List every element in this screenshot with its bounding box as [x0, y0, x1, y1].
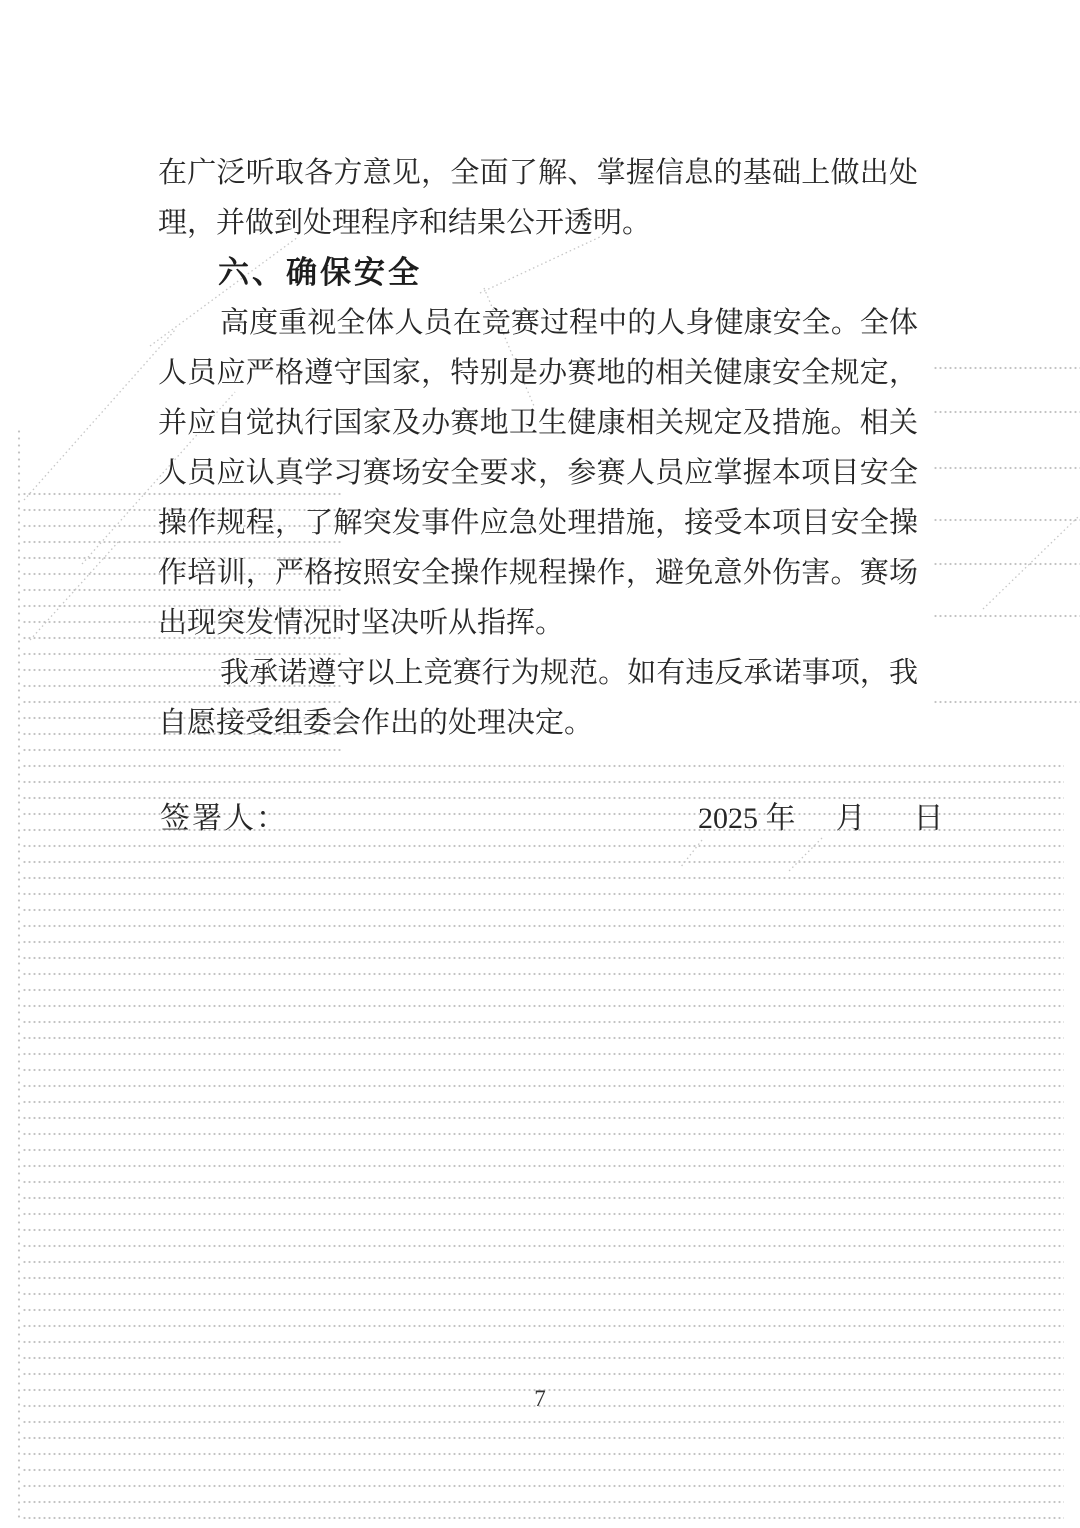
document-page: 在广泛听取各方意见，全面了解、掌握信息的基础上做出处理，并做到处理程序和结果公开… [0, 0, 1080, 1528]
scan-ruling-stub [933, 466, 1080, 470]
scan-ruling-vertical [17, 428, 21, 1520]
scan-ruling-stub [933, 410, 1080, 414]
date-month: 月 [836, 798, 866, 840]
signature-date: 2025 年 月 日 [698, 798, 944, 840]
page-number: 7 [0, 1386, 1080, 1412]
signer-label: 签署人： [160, 798, 288, 840]
date-day: 日 [914, 798, 944, 840]
signature-row: 签署人： 2025 年 月 日 [0, 798, 1080, 848]
paragraph-conclusion: 在广泛听取各方意见，全面了解、掌握信息的基础上做出处理，并做到处理程序和结果公开… [158, 148, 918, 248]
document-body: 在广泛听取各方意见，全面了解、掌握信息的基础上做出处理，并做到处理程序和结果公开… [158, 148, 918, 748]
date-year: 2025 年 [698, 798, 796, 840]
scan-ruling-stub [933, 614, 1080, 618]
scan-ruling-stub [933, 700, 1080, 704]
scan-ruling-stub [933, 518, 1080, 522]
paragraph-safety: 高度重视全体人员在竞赛过程中的人身健康安全。全体人员应严格遵守国家，特别是办赛地… [158, 298, 918, 648]
signature-blank [300, 798, 660, 840]
section-heading: 六、确保安全 [158, 248, 918, 298]
scan-ruling-stub [933, 366, 1080, 370]
scan-ruling-stub [933, 562, 1080, 566]
paragraph-commitment: 我承诺遵守以上竞赛行为规范。如有违反承诺事项，我自愿接受组委会作出的处理决定。 [158, 648, 918, 748]
